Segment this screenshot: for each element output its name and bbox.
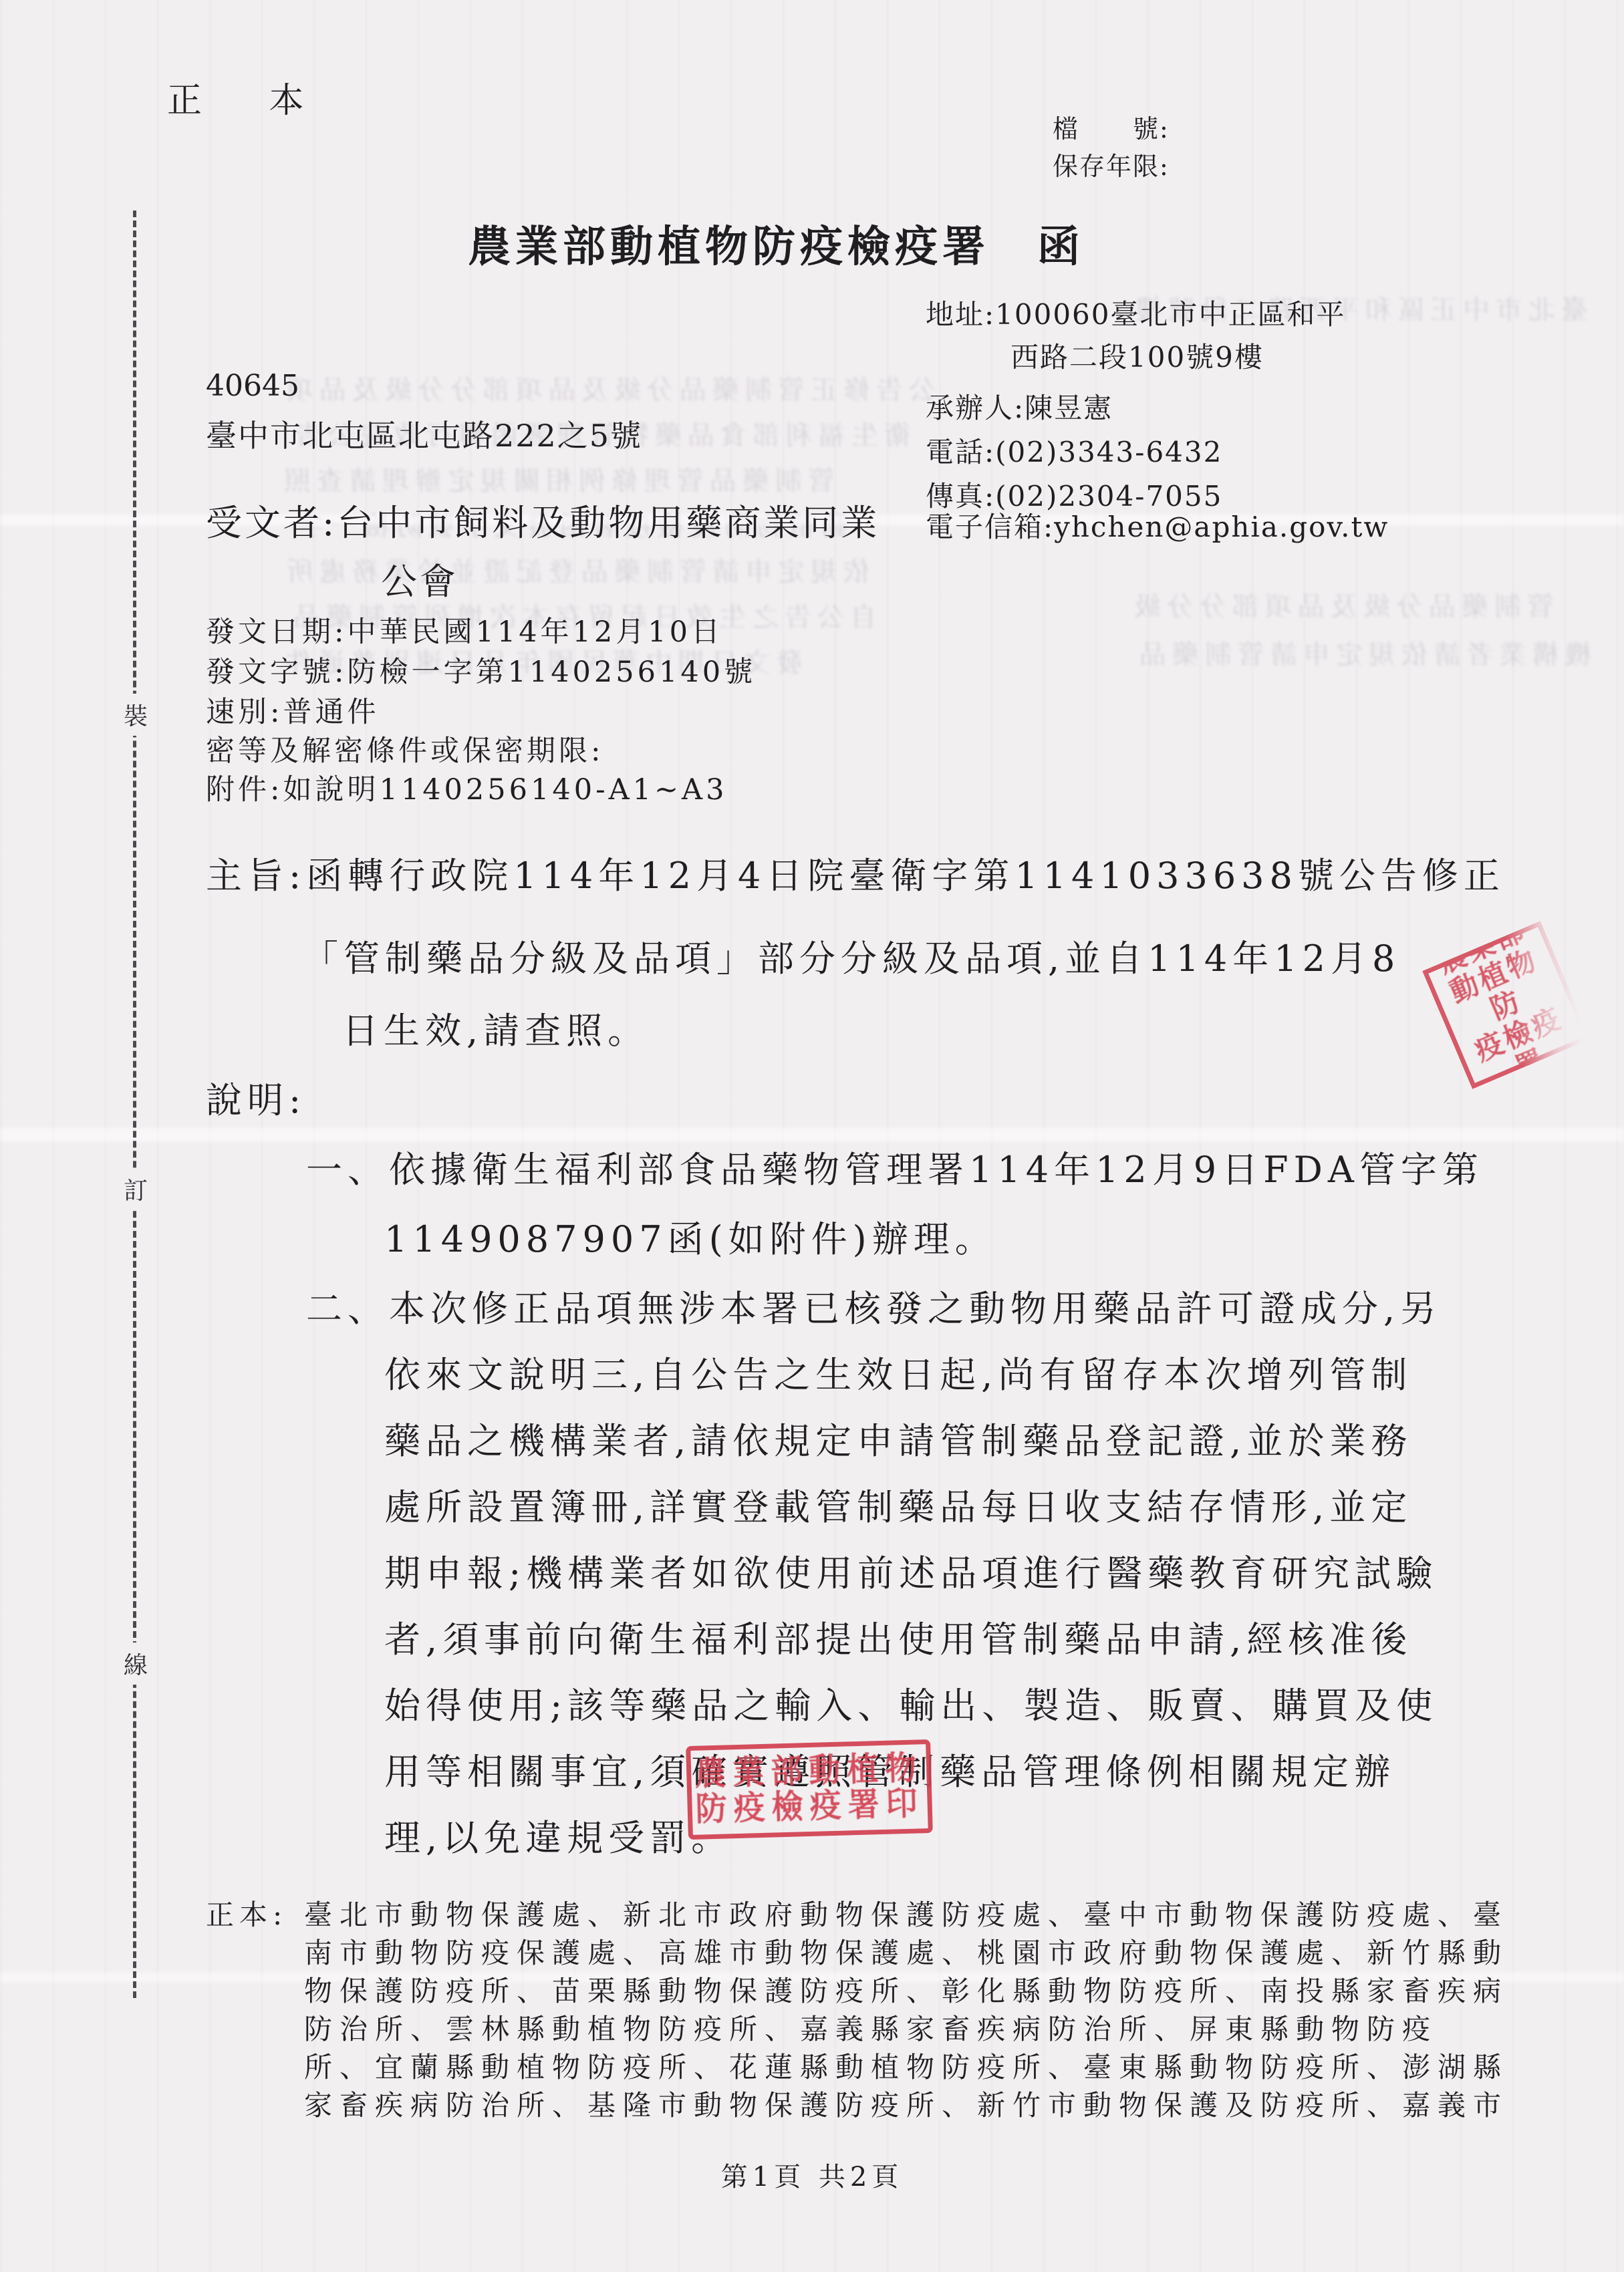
explanation-item2-line: 者,須事前向衛生福利部提出使用管制藥品申請,經核准後	[384, 1611, 1412, 1663]
explanation-item2-line: 理,以免違規受罰。	[384, 1810, 732, 1861]
cc-line: 臺北市動物保護處、新北市政府動物保護防疫處、臺中市動物保護防疫處、臺	[304, 1893, 1508, 1933]
page-number-footer: 第1頁 共2頁	[721, 2156, 904, 2194]
cc-line: 家畜疾病防治所、基隆市動物保護防疫所、新竹市動物保護及防疫所、嘉義市	[304, 2084, 1508, 2124]
explanation-item1-line: 1149087907函(如附件)辦理。	[384, 1211, 996, 1262]
issue-number: 發文字號:防檢一字第1140256140號	[206, 650, 756, 690]
recipient-zip: 40645	[206, 369, 299, 403]
explanation-item2-line: 依來文說明三,自公告之生效日起,尚有留存本次增列管制	[384, 1346, 1412, 1398]
explanation-item2-line: 處所設置簿冊,詳實登載管制藥品每日收支結存情形,並定	[384, 1479, 1412, 1530]
binding-mark-zhuang: 裝	[117, 694, 154, 736]
seal-text-row: 防疫檢疫署印	[692, 1786, 928, 1829]
explanation-item2-line: 二、本次修正品項無涉本署已核發之動物用藥品許可證成分,另	[306, 1280, 1442, 1332]
cc-label: 正本:	[206, 1893, 287, 1933]
copy-type-label: 正 本	[167, 72, 332, 122]
subject-line: 「管制藥品分級及品項」部分分級及品項,並自114年12月8	[302, 930, 1400, 982]
subject-line: 主旨:函轉行政院114年12月4日院臺衛字第1141033638號公告修正	[206, 847, 1505, 899]
agency-letter-title: 農業部動植物防疫檢疫署 函	[468, 212, 1085, 274]
binding-dashed-line	[133, 210, 136, 1998]
retention-period-label: 保存年限:	[1053, 146, 1170, 182]
cc-line: 所、宜蘭縣動植物防疫所、花蓮縣動植物防疫所、臺東縣動物防疫所、澎湖縣	[304, 2045, 1508, 2086]
subject-line: 日生效,請查照。	[342, 1002, 649, 1054]
issue-date: 發文日期:中華民國114年12月10日	[206, 609, 723, 650]
binding-mark-ding: 訂	[117, 1168, 154, 1210]
bleedthrough-text: 依規定申請管制藥品登記證並於業務處所	[281, 551, 870, 589]
scanned-official-letter-page: 公告修正管制藥品分級及品項部分分級及品項 衛生福利部食品藥物管理署函轉行政院公告…	[0, 0, 1624, 2272]
contact-email: 電子信箱:yhchen@aphia.gov.tw	[926, 505, 1389, 545]
cc-line: 防治所、雲林縣動植物防疫所、嘉義縣家畜疾病防治所、屏東縣動物防疫	[304, 2007, 1438, 2047]
contact-phone: 電話:(02)3343-6432	[926, 430, 1222, 470]
agency-address-line2: 西路二段100號9樓	[1010, 335, 1264, 376]
bleedthrough-text: 公告修正管制藥品分級及品項部分分級及品項	[281, 369, 936, 407]
recipient-line2: 公會	[381, 553, 458, 605]
bleedthrough-text: 管制藥品管理條例相關規定辦理請查照	[278, 460, 835, 498]
explanation-item2-line: 藥品之機構業者,請依規定申請管制藥品登記證,並於業務	[384, 1413, 1412, 1464]
speed-class: 速別:普通件	[206, 690, 380, 730]
recipient-street: 臺中市北屯區北屯路222之5號	[206, 412, 642, 456]
fold-band	[0, 1128, 1624, 1141]
file-number-label: 檔 號:	[1053, 108, 1170, 145]
agency-rect-seal: 農業部動植物 防疫檢疫署印	[686, 1739, 933, 1840]
bleedthrough-text: 管制藥品分級及品項部分分級	[1128, 585, 1554, 623]
agency-edge-seal: 農業部 動植物防 疫檢疫署	[1422, 921, 1591, 1089]
cc-line: 物保護防疫所、苗栗縣動物保護防疫所、彰化縣動物防疫所、南投縣家畜疾病	[304, 1969, 1508, 2009]
attachment-note: 附件:如說明1140256140-A1~A3	[206, 767, 727, 808]
bleedthrough-text: 機構業者請依規定申請管制藥品	[1133, 633, 1592, 672]
cc-line: 南市動物防疫保護處、高雄市動物保護處、桃園市政府動物保護處、新竹縣動	[304, 1931, 1508, 1971]
secrecy-class: 密等及解密條件或保密期限:	[206, 728, 604, 769]
binding-mark-xian: 線	[117, 1643, 154, 1685]
contact-officer: 承辦人:陳昱憲	[926, 386, 1113, 426]
explanation-item2-line: 始得使用;該等藥品之輸入、輸出、製造、販賣、購買及使	[384, 1677, 1438, 1729]
explanation-item1-line: 一、依據衛生福利部食品藥物管理署114年12月9日FDA管字第	[306, 1141, 1484, 1193]
explanation-label: 說明:	[206, 1072, 306, 1123]
agency-address-line1: 地址:100060臺北市中正區和平	[926, 293, 1345, 333]
explanation-item2-line: 期申報;機構業者如欲使用前述品項進行醫藥教育研究試驗	[384, 1545, 1438, 1596]
recipient-line1: 受文者:台中市飼料及動物用藥商業同業	[206, 494, 879, 546]
